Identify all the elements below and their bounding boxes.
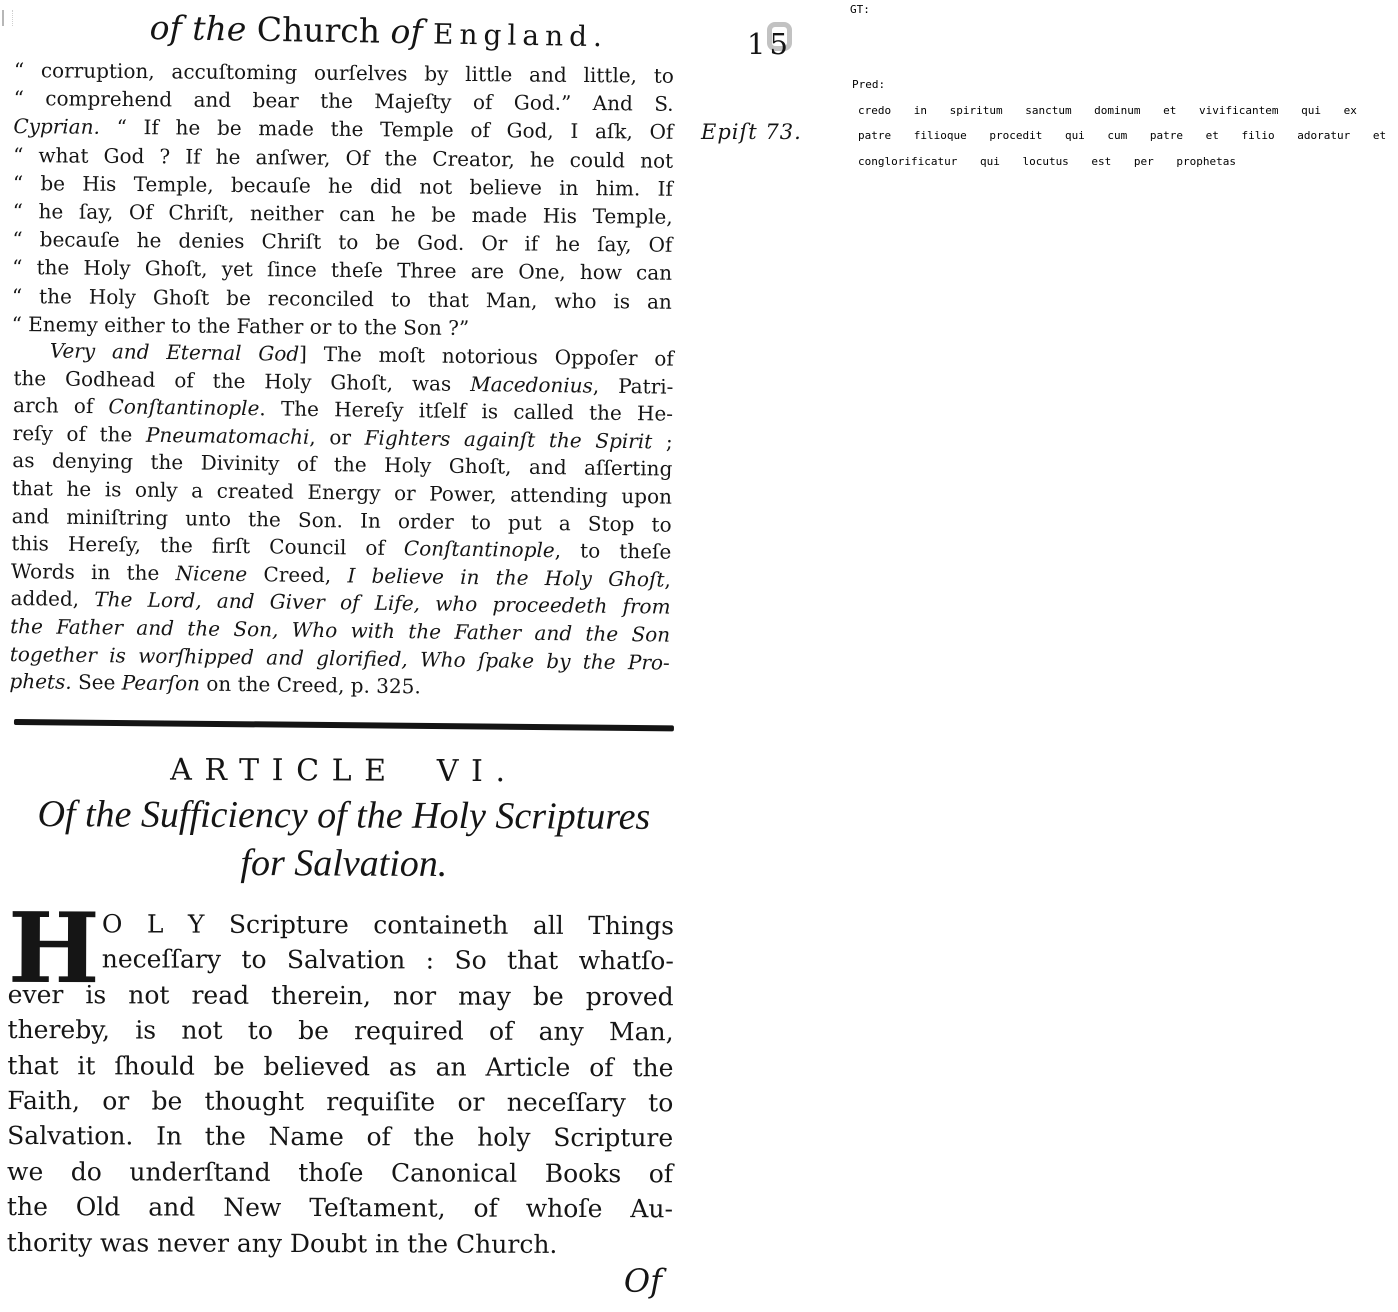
prediction-label: Pred:: [852, 78, 885, 91]
ocr-annotation-panel: GT: Pred: credo in spiritum sanctum domi…: [0, 0, 1398, 1312]
prediction-text: credo in spiritum sanctum dominum et viv…: [858, 98, 1398, 174]
text-line: conglorificatur qui locutus est per prop…: [858, 149, 1398, 174]
text-line: patre filioque procedit qui cum patre et…: [858, 123, 1398, 148]
ground-truth-label: GT:: [850, 3, 870, 16]
text-line: credo in spiritum sanctum dominum et viv…: [858, 98, 1398, 123]
